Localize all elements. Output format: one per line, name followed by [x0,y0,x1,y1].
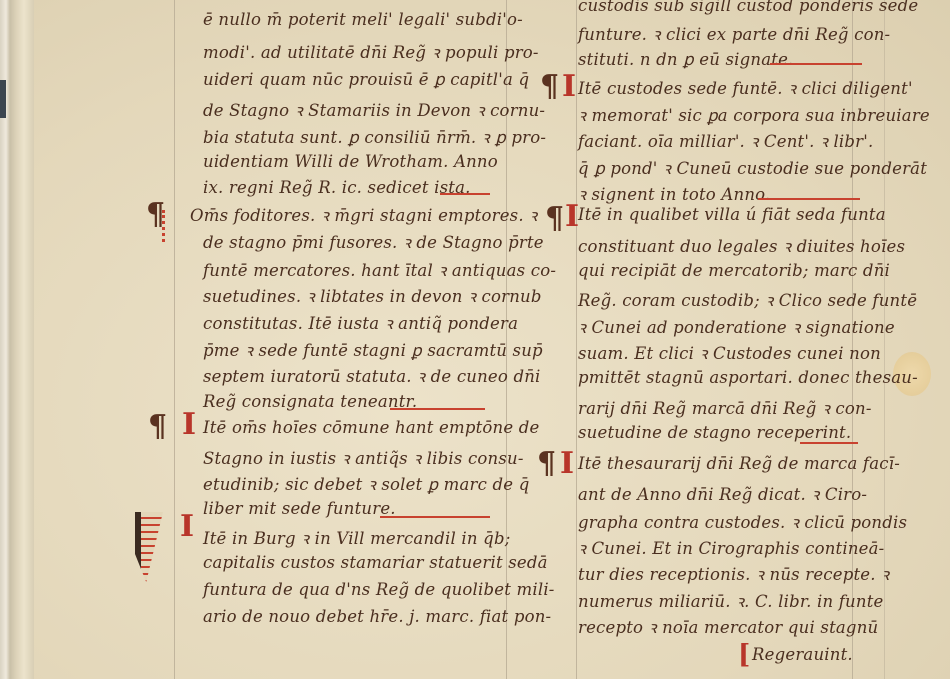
text-line: ꝛ memorat' sic ꝑa corpora sua inbreuiare [578,103,930,126]
text-line: Reg̃ consignata teneantr. [203,392,417,411]
rubric-initial-R: [ [738,640,750,670]
text-line: ix. regni Reg̃ R. ic. sedicet ista. [203,178,471,197]
text-line: suetudine de stagno receperint. [578,423,851,442]
text-line: q̄ ꝑ pond' ꝛ Cuneū custodie sue ponderāt [578,156,927,179]
text-line: uidentiam Willi de Wrotham. Anno [203,152,498,171]
text-line: uideri quam nūc prouisū ē ꝑ capitl'a q̄ [203,70,529,89]
text-line: liber mit sede funture. [203,499,396,518]
rubric-line-filler [800,442,858,444]
text-line: Itē custodes sede funtē. ꝛ clici diligen… [578,76,913,99]
rubric-line-filler [758,198,860,200]
text-line: etudinib; sic debet ꝛ solet ꝑ marc de q̄ [203,472,529,495]
text-line: custodis sub sigill custod ponderis sede [578,0,918,15]
text-line: ꝛ Cunei. Et in Cirographis contineā- [578,536,884,559]
text-line: p̄me ꝛ sede funtē stagni ꝑ sacramtū sup̄ [203,338,543,361]
text-line: septem iuratorū statuta. ꝛ de cuneo dn̄i [203,364,541,387]
rubric-initial-I: I [565,202,579,232]
text-line: ant de Anno dn̄i Reg̃ dicat. ꝛ Ciro- [578,482,867,505]
text-line: stituti. n dn ꝑ eū signate. [578,50,794,69]
text-line: pmittēt stagnū asportari. donec thesau- [578,368,918,387]
text-line: funtura de qua d'ns Reg̃ de quolibet mil… [203,580,555,599]
rubric-initial-I: I [182,410,196,440]
text-line: numerus miliariū. ꝛ. C. libr. in funte [578,589,884,612]
rubric-line-filler [390,408,485,410]
text-line: bia statuta sunt. ꝑ consiliū n̄rm̄. ꝛ ꝑ … [203,125,546,148]
text-line: tur dies receptionis. ꝛ nūs recepte. ꝛ [578,562,889,585]
rubric-initial-I: I [562,72,576,102]
paragraph-mark-icon: ¶ [540,72,559,102]
column-ruling-right-start [576,0,577,679]
text-line: ꝛ Cunei ad ponderatione ꝛ signatione [578,315,895,338]
page-tab-marker [0,80,6,118]
rubric-line-filler [440,193,490,195]
paragraph-mark-icon: ¶ [537,449,556,479]
text-line: Itē in qualibet villa ú fiāt seda funta [578,205,886,224]
text-line: Itē in Burg ꝛ in Vill mercandil in q̄b; [203,526,510,549]
text-line: Itē thesaurarij dn̄i Reg̃ de marca facī- [578,454,900,473]
paragraph-mark-icon: ¶ [148,412,167,442]
text-line: de Stagno ꝛ Stamariis in Devon ꝛ cornu- [203,98,545,121]
text-line: constitutas. Itē iusta ꝛ antiq̃ pondera [203,311,518,334]
rubric-dots-decoration [162,210,168,242]
rubric-line-filler [770,63,862,65]
text-line: funtē mercatores. hant ītal ꝛ antiquas c… [203,258,556,281]
rubric-line-filler [380,516,490,518]
rubric-initial-I: I [180,512,194,542]
text-line: grapha contra custodes. ꝛ clicū pondis [578,510,907,533]
text-line: funture. ꝛ clici ex parte dn̄i Reg̃ con- [578,22,890,45]
text-line: Reg̃. coram custodib; ꝛ Clico sede funtē [578,288,917,311]
text-line: Itē om̄s hoīes cōmune hant emptōne de [203,418,540,437]
paragraph-mark-icon: ¶ [545,204,564,234]
text-line: suetudines. ꝛ libtates in devon ꝛ cornub [203,284,542,307]
text-line: rarij dn̄i Reg̃ marcā dn̄i Reg̃ ꝛ con- [578,396,872,419]
book-binding-edge [0,0,34,679]
text-line: capitalis custos stamariar statuerit sed… [203,553,548,572]
text-line: faciant. oīa milliar'. ꝛ Cent'. ꝛ libr'. [578,129,873,152]
margin-ruling-left [174,0,175,679]
text-line: Stagno in iustis ꝛ antiq̃s ꝛ libis consu… [203,446,524,469]
text-line: de stagno p̄mi fusores. ꝛ de Stagno p̄rt… [203,230,544,253]
text-line: ꝛ signent in toto Anno. [578,182,770,205]
text-line: modi'. ad utilitatē dn̄i Reg̃ ꝛ populi p… [203,40,539,63]
text-line: Om̄s foditores. ꝛ m̄gri stagni emptores.… [190,203,537,226]
text-line: ario de nouo debet hr̄e. j. marc. fiat p… [203,607,551,626]
rubric-initial-I: I [560,449,574,479]
text-line: recepto ꝛ noīa mercator qui stagnū [578,615,878,638]
text-line: ē nullo m̄ poterit meli' legali' subdi'o… [203,10,523,29]
text-line: Regerauint. [752,645,853,664]
text-line: qui recipiāt de mercatorib; marc dn̄i [578,261,890,280]
text-line: suam. Et clici ꝛ Custodes cunei non [578,341,881,364]
text-line: constituant duo legales ꝛ diuites hoīes [578,234,905,257]
